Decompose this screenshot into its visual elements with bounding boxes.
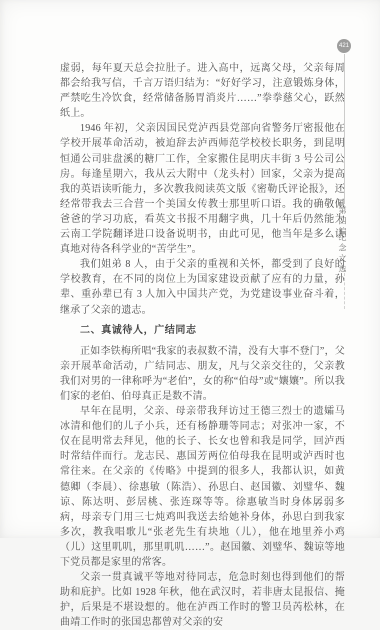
page-number-badge: 421 [337, 39, 351, 53]
paragraph: 1946 年初，父亲因国民党泸西县党部向省警务厅密报他在学校开展革命活动，被迫辞… [60, 121, 345, 257]
book-page: 虚弱，每年夏天总会拉肚子。进入高中，远离父母，父亲每周都会给我写信，千言万语归结… [0, 0, 380, 538]
main-text-column: 虚弱，每年夏天总会拉肚子。进入高中，远离父母，父亲每周都会给我写信，千言万语归结… [60, 61, 345, 538]
section-subheading: 二、真诚待人，广结同志 [60, 323, 345, 338]
paragraph: 虚弱，每年夏天总会拉肚子。进入高中，远离父母，父亲每周都会给我写信，千言万语归结… [60, 61, 345, 121]
sidebar-dotted-rule [344, 273, 345, 309]
paragraph: 我们姐弟 8 人，由于父亲的重视和关怀，都受到了良好的学校教育，在不同的岗位上为… [60, 257, 345, 317]
paragraph: 正如李铁梅所唱“我家的表叔数不清，没有大事不登门”，父亲开展革命活动，广结同志、… [60, 344, 345, 404]
sidebar-section-label: 纪念文选 [337, 233, 348, 275]
sidebar-vertical-rule [344, 54, 345, 204]
paragraph: 早年在昆明，父亲、母亲带我拜访过王德三烈士的遗孀马冰清和他们的儿子小兵，还有杨静… [60, 404, 345, 538]
